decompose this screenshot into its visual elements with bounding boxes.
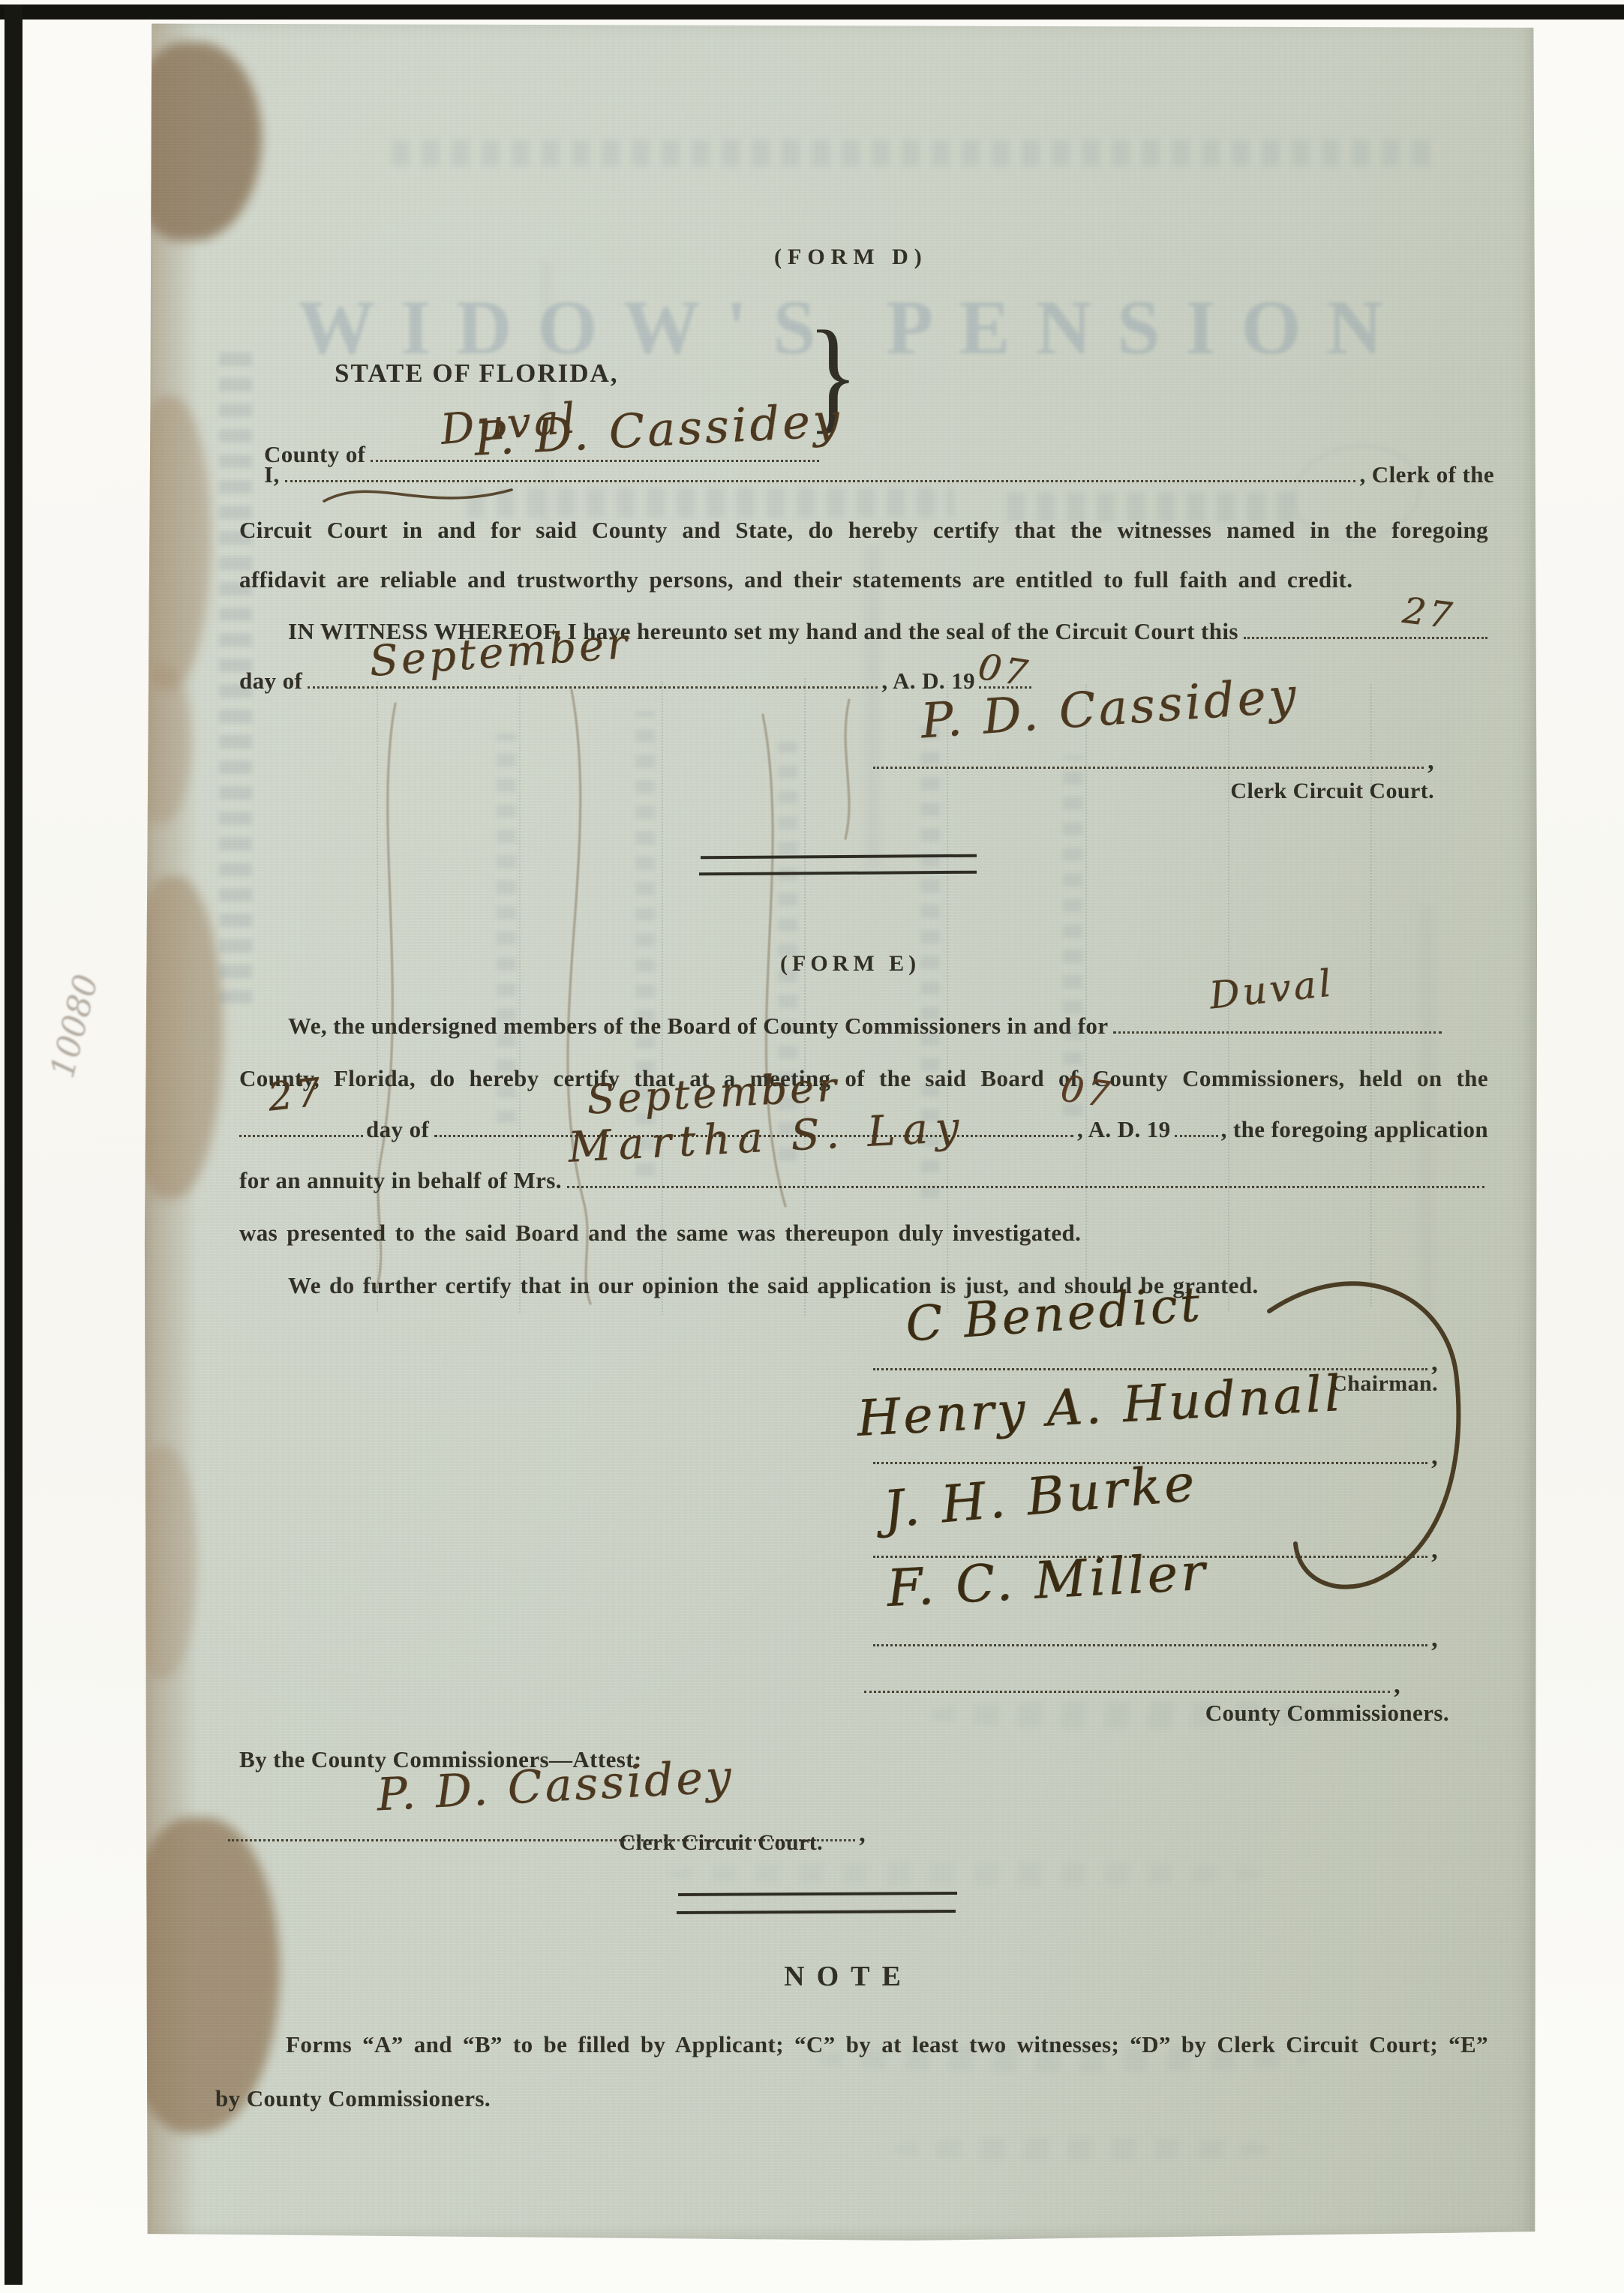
dotted-blank — [239, 1133, 363, 1137]
comma: , — [1394, 1671, 1400, 1700]
annuity-label: for an annuity in behalf of Mrs. — [239, 1167, 562, 1194]
board-clause: We, the undersigned members of the Board… — [288, 1013, 1108, 1040]
form-d-tag: (FORM D) — [774, 245, 928, 270]
ghost-rotated-text — [1063, 756, 1082, 1116]
day-handwritten: 27 — [1400, 590, 1457, 638]
comma: , — [1431, 1442, 1438, 1471]
commissioners-caption: County Commissioners. — [1172, 1700, 1449, 1727]
signature-line: , — [868, 1625, 1438, 1653]
note-line2: by County Commissioners. — [215, 2085, 491, 2112]
dotted-blank — [873, 765, 1424, 769]
form-d-body-line2: affidavit are reliable and trustworthy p… — [239, 566, 1352, 593]
day-of-label: day of — [366, 1116, 429, 1143]
ghost-column-line — [1370, 684, 1372, 1307]
day-of-label: day of — [239, 668, 302, 695]
paper-tear-stain — [132, 396, 211, 689]
form-e-body-line1: We, the undersigned members of the Board… — [288, 1013, 1445, 1040]
date-line: day of , A. D. 19 — [239, 668, 1034, 695]
ghost-text-row — [392, 140, 1442, 167]
dotted-blank — [873, 1367, 1427, 1370]
dotted-blank — [873, 1643, 1427, 1646]
document-page: WIDOW'S PENSION (FORM D) STATE OF FLORID… — [144, 21, 1538, 2243]
clerk-of-the-suffix: , Clerk of the — [1359, 461, 1494, 488]
ad-label: , A. D. 19 — [881, 668, 975, 695]
ghost-script-row — [669, 1862, 1269, 1885]
ghost-script-row — [894, 2138, 1269, 2160]
dotted-blank — [864, 1689, 1390, 1693]
dotted-blank — [1175, 1133, 1218, 1137]
ghost-column-line — [1085, 684, 1087, 1311]
dotted-blank — [567, 1184, 1484, 1188]
note-line1: Forms “A” and “B” to be filled by Applic… — [239, 2031, 1488, 2058]
state-heading: STATE OF FLORIDA, — [335, 359, 619, 389]
county-handwritten-value: Duval — [1207, 961, 1335, 1017]
ad-label: , A. D. 19 — [1077, 1116, 1171, 1143]
scanned-document-canvas: { "scan": { "ghost_watermark": "WIDOW'S … — [0, 0, 1624, 2293]
paper-tear-stain — [129, 876, 223, 1199]
comma: , — [1431, 1625, 1438, 1653]
day-handwritten: 27 — [266, 1070, 326, 1120]
scanner-border-left — [5, 5, 23, 2285]
clerk-signature-line: , — [868, 747, 1434, 776]
form-e-tag: (FORM E) — [780, 951, 920, 977]
paper-tear-stain — [131, 42, 262, 241]
clerk-signature-caption: Clerk Circuit Court. — [1179, 779, 1434, 804]
signature-flourish — [320, 467, 515, 520]
ghost-column-line — [947, 681, 948, 1313]
margin-ghost-number: 10080 — [44, 971, 106, 1082]
note-rule — [677, 1910, 956, 1914]
dotted-blank — [1113, 1030, 1442, 1034]
annuity-line: for an annuity in behalf of Mrs. — [239, 1167, 1488, 1194]
form-e-body-line3: was presented to the said Board and the … — [239, 1220, 1081, 1247]
attest-caption: Clerk Circuit Court. — [564, 1830, 823, 1856]
application-suffix: , the foregoing application — [1221, 1116, 1488, 1143]
empty-signature-line: , — [864, 1671, 1400, 1700]
comma: , — [859, 1820, 866, 1848]
note-rule — [678, 1892, 957, 1896]
year-handwritten: 07 — [1058, 1067, 1115, 1116]
form-e-body-line2: County, Florida, do hereby certify that … — [239, 1065, 1488, 1092]
note-heading: NOTE — [743, 1960, 953, 1993]
i-label: I, — [264, 461, 280, 488]
scanner-border-top — [0, 5, 1624, 20]
comma: , — [1431, 1536, 1438, 1565]
dotted-blank — [308, 685, 878, 689]
comma: , — [1427, 747, 1434, 776]
form-d-body-line1: Circuit Court in and for said County and… — [239, 517, 1488, 544]
